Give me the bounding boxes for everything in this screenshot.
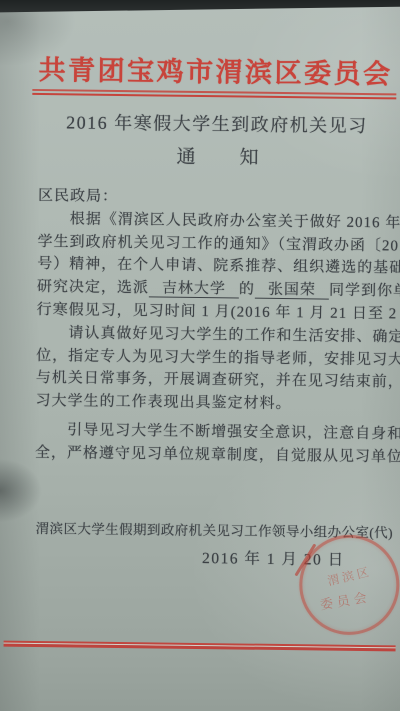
body-line: 全，严格遵守见习单位规章制度，自觉服从见习单位管理。 <box>35 442 394 469</box>
filled-university-blank: 吉林大学 <box>149 281 239 299</box>
document-title: 2016 年寒假大学生到政府机关见习 <box>17 108 400 139</box>
fill-post-text: 同学到你单位进 <box>329 283 400 300</box>
seal-text-bottom: 委员会 <box>319 586 372 613</box>
document-photo: 共青团宝鸡市渭滨区委员会 2016 年寒假大学生到政府机关见习 通 知 区民政局… <box>0 0 400 711</box>
seal-text-top: 渭滨区 <box>326 562 374 589</box>
issuer-masthead: 共青团宝鸡市渭滨区委员会 <box>15 48 400 92</box>
filled-student-name-blank: 张国荣 <box>255 282 329 300</box>
document-body: 区民政局： 根据《渭滨区人民政府办公室关于做好 2016 年寒假大 学生到政府机… <box>35 185 397 469</box>
fill-pre-text: 研究决定，选派 <box>37 279 149 296</box>
footer-divider <box>4 641 396 651</box>
fill-mid-text: 的 <box>239 282 255 298</box>
notice-sheet: 共青团宝鸡市渭滨区委员会 2016 年寒假大学生到政府机关见习 通 知 区民政局… <box>0 0 400 711</box>
issue-date: 2016 年 1 月 20 日 <box>0 544 345 570</box>
body-line: 习大学生的工作表现出具鉴定材料。 <box>35 390 394 417</box>
document-type-heading: 通 知 <box>18 140 400 172</box>
official-seal: 渭滨区 委员会 <box>299 534 400 635</box>
